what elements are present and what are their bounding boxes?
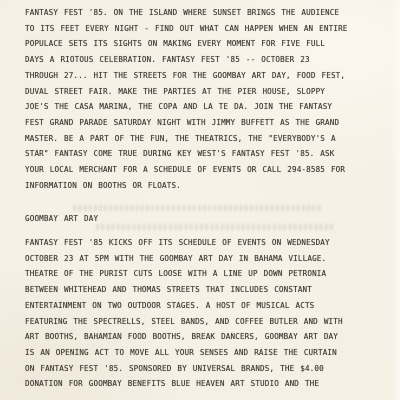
scanned-document-page: FANTASY FEST '85. ON THE ISLAND WHERE SU… — [0, 0, 400, 400]
section-heading: GOOMBAY ART DAY — [25, 211, 225, 227]
goombay-paragraph: FANTASY FEST '85 KICKS OFF ITS SCHEDULE … — [25, 235, 375, 392]
page-edge-highlight — [390, 0, 400, 400]
intro-paragraph: FANTASY FEST '85. ON THE ISLAND WHERE SU… — [25, 5, 375, 193]
